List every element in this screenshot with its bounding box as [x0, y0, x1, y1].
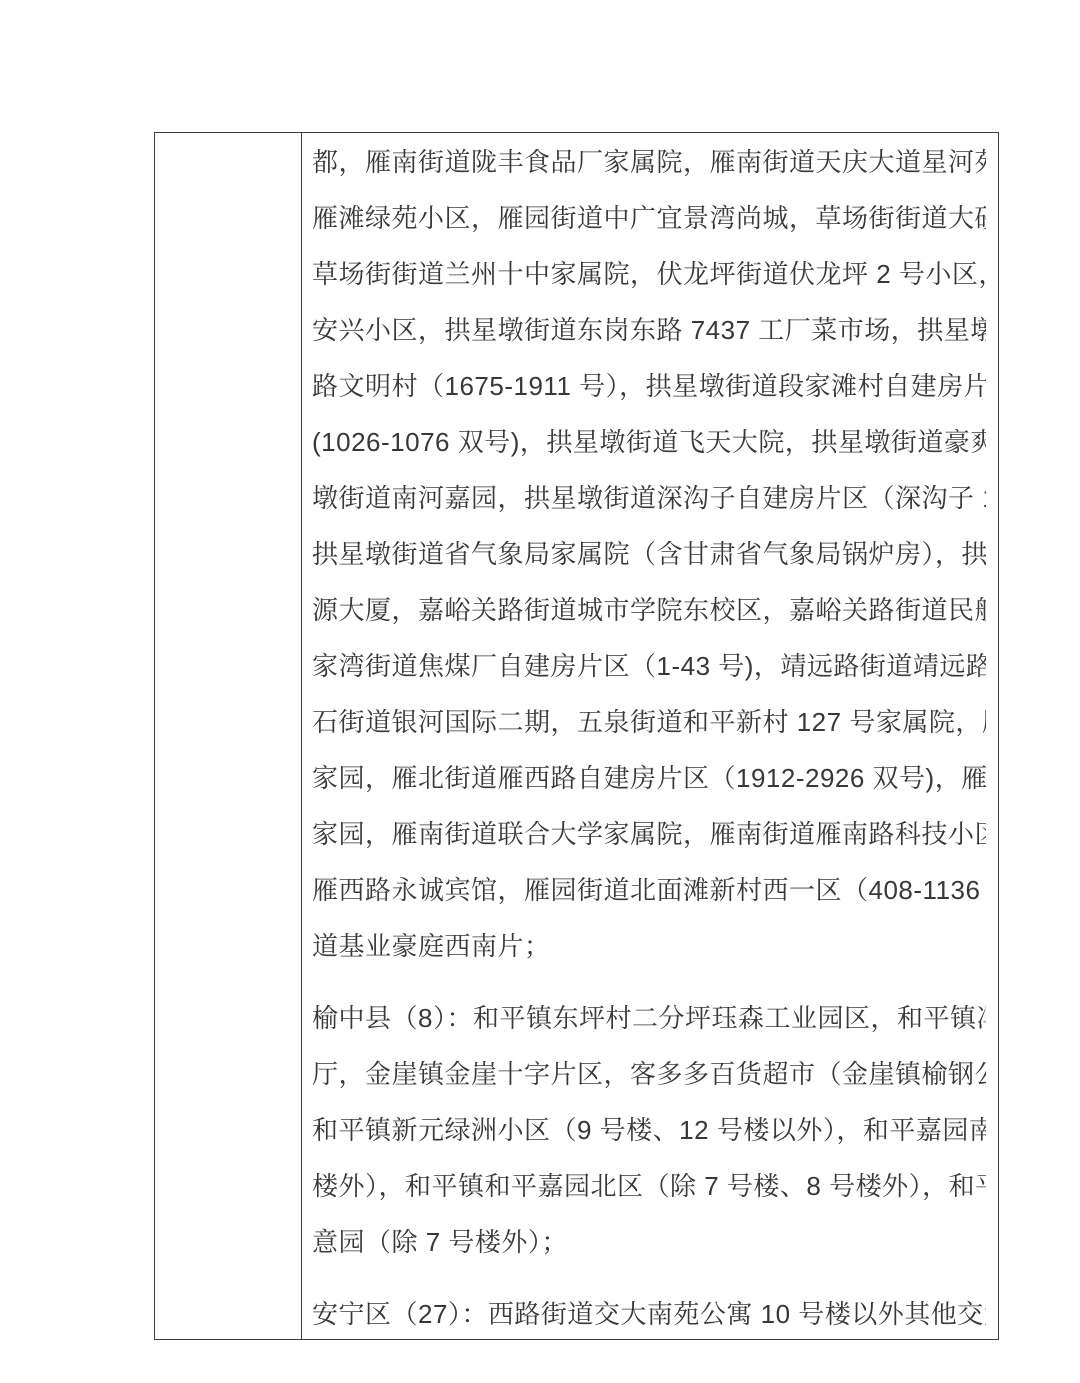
text-line: 道基业豪庭西南片；: [312, 918, 986, 974]
text-line: 都，雁南街道陇丰食品厂家属院，雁南街道天庆大道星河苑，雁园街道: [312, 134, 986, 190]
risk-area-table: 都，雁南街道陇丰食品厂家属院，雁南街道天庆大道星河苑，雁园街道雁滩绿苑小区，雁园…: [154, 132, 999, 1340]
text-line: 家湾街道焦煤厂自建房片区（1-43 号)，靖远路街道靖远路小区，青白: [312, 638, 986, 694]
paragraph: 都，雁南街道陇丰食品厂家属院，雁南街道天庆大道星河苑，雁园街道雁滩绿苑小区，雁园…: [312, 134, 986, 974]
paragraph: 安宁区（27）：西路街道交大南苑公寓 10 号楼以外其他交大校园区域，: [312, 1286, 986, 1339]
text-line: 墩街道南河嘉园，拱星墩街道深沟子自建房片区（深沟子 134-168 号），: [312, 470, 986, 526]
text-line: 楼外），和平镇和平嘉园北区（除 7 号楼、8 号楼外），和平镇薇乐如: [312, 1158, 986, 1214]
text-line: 草场街街道兰州十中家属院，伏龙坪街道伏龙坪 2 号小区，拱星墩街道: [312, 246, 986, 302]
text-line: 源大厦，嘉峪关路街道城市学院东校区，嘉峪关路街道民航家属院，焦: [312, 582, 986, 638]
text-line: (1026-1076 双号)，拱星墩街道飞天大院，拱星墩街道豪爽宾馆，拱星: [312, 414, 986, 470]
text-line: 厅，金崖镇金崖十字片区，客多多百货超市（金崖镇榆钢公寓门口），: [312, 1046, 986, 1102]
text-line: 石街道银河国际二期，五泉街道和平新村 127 号家属院，雁北街道雁京: [312, 694, 986, 750]
text-line: 雁西路永诚宾馆，雁园街道北面滩新村西一区（408-1136 号)，雁园街: [312, 862, 986, 918]
text-line: 意园（除 7 号楼外）；: [312, 1214, 986, 1270]
text-line: 雁滩绿苑小区，雁园街道中广宜景湾尚城，草场街街道大砂坪怡苑小区，: [312, 190, 986, 246]
table-left-cell: [155, 133, 302, 1339]
text-line: 家园，雁南街道联合大学家属院，雁南街道雁南路科技小区，雁南街道: [312, 806, 986, 862]
text-line: 安兴小区，拱星墩街道东岗东路 7437 工厂菜市场，拱星墩街道东岗东: [312, 302, 986, 358]
paragraph: 榆中县（8）：和平镇东坪村二分坪珏森工业园区，和平镇冯湾村宏立餐厅，金崖镇金崖十…: [312, 990, 986, 1270]
text-line: 家园，雁北街道雁西路自建房片区（1912-2926 双号)，雁北街道银雁: [312, 750, 986, 806]
text-line: 榆中县（8）：和平镇东坪村二分坪珏森工业园区，和平镇冯湾村宏立餐: [312, 990, 986, 1046]
text-line: 安宁区（27）：西路街道交大南苑公寓 10 号楼以外其他交大校园区域，: [312, 1286, 986, 1339]
text-line: 拱星墩街道省气象局家属院（含甘肃省气象局锅炉房），拱星墩街道新: [312, 526, 986, 582]
text-line: 路文明村（1675-1911 号），拱星墩街道段家滩村自建房片区: [312, 358, 986, 414]
text-line: 和平镇新元绿洲小区（9 号楼、12 号楼以外），和平嘉园南区（除 1 号: [312, 1102, 986, 1158]
table-content-cell: 都，雁南街道陇丰食品厂家属院，雁南街道天庆大道星河苑，雁园街道雁滩绿苑小区，雁园…: [302, 133, 998, 1339]
